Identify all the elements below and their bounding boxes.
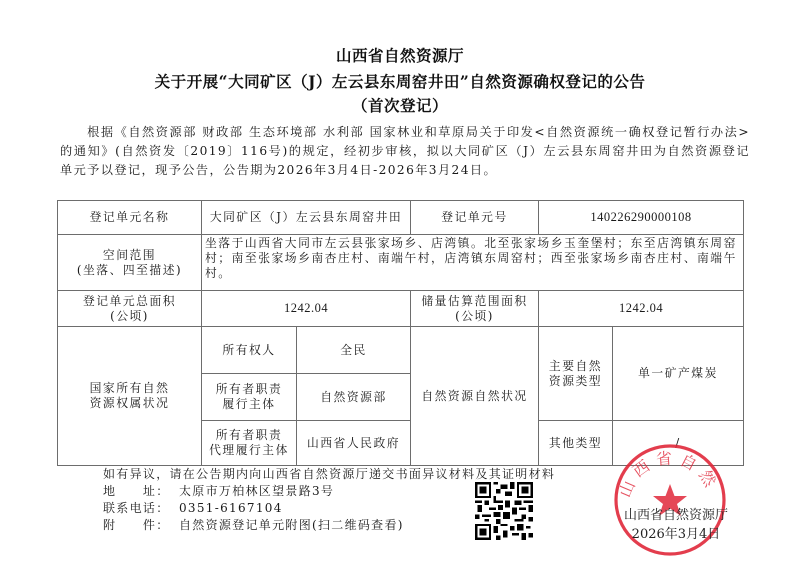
ownership-label-line1: 国家所有自然 [60, 381, 199, 396]
agent-label: 所有者职责 代理履行主体 [202, 421, 297, 466]
signature-date: 2026年3月4日 [606, 525, 746, 544]
attachment-value: 自然资源登记单元附图(扫二维码查看) [179, 518, 404, 532]
reserve-area-label-line1: 储量估算范围面积 [413, 294, 536, 309]
natural-status-label: 自然资源自然状况 [411, 327, 539, 466]
total-area-value: 1242.04 [202, 291, 411, 327]
unit-no-label: 登记单元号 [411, 201, 539, 235]
address-label: 地 址： [103, 483, 179, 500]
signature-block: 山西省自然资源厅 2026年3月4日 [606, 506, 746, 544]
duty-value: 自然资源部 [297, 374, 411, 421]
objection-note: 如有异议，请在公告期内向山西省自然资源厅递交书面异议材料及其证明材料 [103, 466, 555, 483]
duty-label: 所有者职责 履行主体 [202, 374, 297, 421]
issuing-org: 山西省自然资源厅 [0, 44, 800, 66]
other-type-label: 其他类型 [539, 421, 613, 466]
ownership-label: 国家所有自然 资源权属状况 [58, 327, 202, 466]
registration-table: 登记单元名称 大同矿区（J）左云县东周窑井田 登记单元号 14022629000… [57, 200, 744, 466]
qr-code-icon[interactable] [475, 482, 533, 540]
body-paragraph: 根据《自然资源部 财政部 生态环境部 水利部 国家林业和草原局关于印发<自然资源… [60, 123, 750, 180]
address-value: 太原市万柏林区望景路3号 [179, 484, 334, 498]
total-area-label-line2: (公顷) [60, 309, 199, 324]
scope-label-line1: 空间范围 [60, 248, 199, 263]
reserve-area-value: 1242.04 [539, 291, 744, 327]
main-type-label-line2: 资源类型 [541, 374, 610, 389]
phone-label: 联系电话： [103, 500, 179, 517]
announcement-subtitle: （首次登记） [0, 94, 800, 116]
agent-label-line2: 代理履行主体 [204, 443, 294, 458]
unit-no-value: 140226290000108 [539, 201, 744, 235]
main-type-label-line1: 主要自然 [541, 359, 610, 374]
duty-label-line2: 履行主体 [204, 397, 294, 412]
attachment-label: 附 件： [103, 517, 179, 534]
scope-label: 空间范围 (坐落、四至描述) [58, 235, 202, 291]
agent-value: 山西省人民政府 [297, 421, 411, 466]
agent-label-line1: 所有者职责 [204, 428, 294, 443]
signature-org: 山西省自然资源厅 [606, 506, 746, 525]
reserve-area-label: 储量估算范围面积 (公顷) [411, 291, 539, 327]
unit-name-label: 登记单元名称 [58, 201, 202, 235]
ownership-label-line2: 资源权属状况 [60, 396, 199, 411]
scope-label-line2: (坐落、四至描述) [60, 263, 199, 278]
main-type-label: 主要自然 资源类型 [539, 327, 613, 421]
body-text: 根据《自然资源部 财政部 生态环境部 水利部 国家林业和草原局关于印发<自然资源… [60, 125, 750, 177]
main-type-value: 单一矿产煤炭 [613, 327, 744, 421]
scope-value: 坐落于山西省大同市左云县张家场乡、店湾镇。北至张家场乡玉奎堡村；东至店湾镇东周窑… [202, 235, 744, 291]
owner-label: 所有权人 [202, 327, 297, 374]
total-area-label-line1: 登记单元总面积 [60, 294, 199, 309]
announcement-title: 关于开展“大同矿区（J）左云县东周窑井田”自然资源确权登记的公告 [0, 70, 800, 92]
duty-label-line1: 所有者职责 [204, 382, 294, 397]
total-area-label: 登记单元总面积 (公顷) [58, 291, 202, 327]
reserve-area-label-line2: (公顷) [413, 309, 536, 324]
phone-value: 0351-6167104 [179, 501, 283, 515]
owner-value: 全民 [297, 327, 411, 374]
unit-name-value: 大同矿区（J）左云县东周窑井田 [202, 201, 411, 235]
